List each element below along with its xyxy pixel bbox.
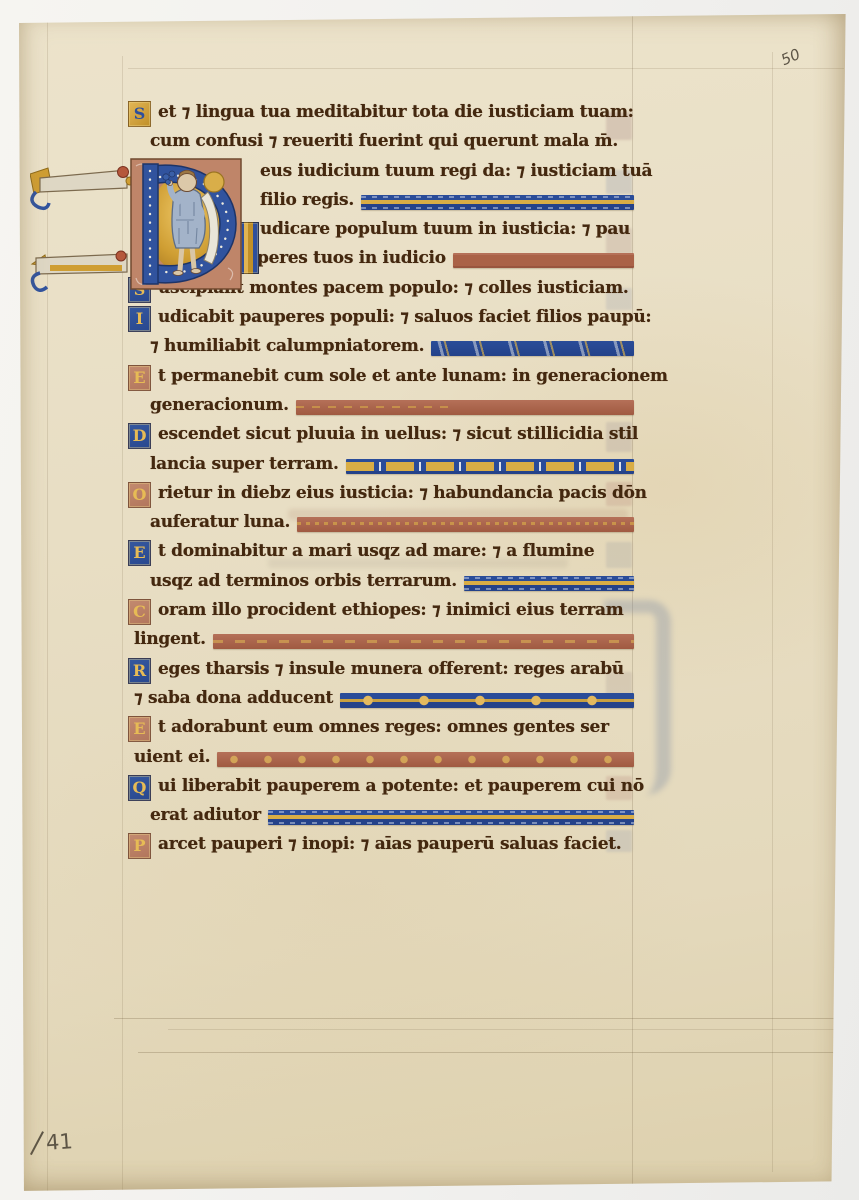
verse-line: usqz ad terminos orbis terrarum. (128, 570, 634, 599)
verse-line: Reges tharsis ⁊ insule munera offerent: … (128, 658, 634, 687)
line-filler-blue-feathers (431, 341, 634, 356)
versal-initial-I: I (128, 306, 151, 332)
versal-initial-O: O (128, 482, 151, 508)
ruling-line-horizontal-top (128, 68, 844, 69)
verse-line: Et adorabunt eum omnes reges: omnes gent… (128, 716, 634, 745)
versal-initial-Q: Q (128, 775, 151, 801)
line-filler-blue-wave (464, 576, 634, 591)
verse-line: Qui liberabit pauperem a potente: et pau… (128, 775, 634, 804)
photograph-backdrop: { "page": { "type": "illuminated psalter… (0, 0, 859, 1200)
verse-line: uient ei. (128, 746, 634, 775)
line-filler-red-dashes (213, 634, 634, 649)
verse-line-text: udicare populum tuum in iusticia: ⁊ pau (260, 218, 630, 241)
line-filler-blue-wave (268, 810, 634, 825)
verse-line: Et dominabitur a mari usqz ad mare: ⁊ a … (128, 540, 634, 569)
verse-line: Descendet sicut pluuia in uellus: ⁊ sicu… (128, 423, 634, 452)
verse-line: Set ⁊ lingua tua meditabitur tota die iu… (128, 101, 634, 130)
pencil-slash (30, 1131, 44, 1155)
versal-initial-D: D (128, 423, 151, 449)
verse-line-text: erat adiutor (150, 804, 261, 827)
verse-line-text: udicabit pauperes populi: ⁊ saluos facie… (158, 306, 651, 329)
verse-line-text: cum confusi ⁊ reueriti fuerint qui queru… (150, 130, 618, 153)
line-filler-blue-bars (346, 459, 634, 474)
line-filler-red-chain (217, 752, 634, 767)
line-filler-blue-diamonds (340, 693, 634, 708)
verse-line: Parcet pauperi ⁊ inopi: ⁊ aīas pauperū s… (128, 833, 634, 862)
verse-line-text: rietur in diebz eius iusticia: ⁊ habunda… (158, 482, 647, 505)
verse-line-text: auferatur luna. (150, 511, 290, 534)
verse-line: Iudicabit pauperes populi: ⁊ saluos faci… (128, 306, 634, 335)
versal-initial-P: P (128, 833, 151, 859)
verse-line: Et permanebit cum sole et ante lunam: in… (128, 365, 634, 394)
verse-line-text: ⁊ saba dona adducent (134, 687, 333, 710)
verse-line: ⁊ saba dona adducent (128, 687, 634, 716)
ruling-line-horizontal-bottom-1 (114, 1018, 844, 1019)
verse-line: ⁊ humiliabit calumpniatorem. (128, 335, 634, 364)
verse-line: generacionum. (128, 394, 634, 423)
versal-initial-S: S (128, 101, 151, 127)
versal-initial-E: E (128, 540, 151, 566)
verse-line-text: lingent. (134, 628, 206, 651)
versal-initial-R: R (128, 658, 151, 684)
line-filler-red-zigzag (297, 517, 634, 532)
verse-line-text: oram illo procident ethiopes: ⁊ inimici … (158, 599, 623, 622)
ruling-line-horizontal-bottom-2 (168, 1029, 844, 1030)
verse-line: Orietur in diebz eius iusticia: ⁊ habund… (128, 482, 634, 511)
verse-line: lingent. (128, 628, 634, 657)
line-filler-red-plain (453, 253, 634, 268)
verse-line-text: filio regis. (260, 189, 354, 212)
folio-number-bottom-left: 41 (45, 1129, 73, 1155)
verse-line-text: usqz ad terminos orbis terrarum. (150, 570, 457, 593)
ruling-line-vertical-right-outer (772, 52, 773, 1172)
verse-line: Coram illo procident ethiopes: ⁊ inimici… (128, 599, 634, 628)
verse-line-text: eus iudicium tuum regi da: ⁊ iusticiam t… (260, 160, 652, 183)
verse-line: erat adiutor (128, 804, 634, 833)
ruling-line-horizontal-bottom-3 (138, 1052, 844, 1053)
verse-line-text: arcet pauperi ⁊ inopi: ⁊ aīas pauperū sa… (158, 833, 621, 856)
line-filler-red-squiggle (296, 400, 634, 415)
verse-line-text: et ⁊ lingua tua meditabitur tota die ius… (158, 101, 634, 124)
versal-initial-E: E (128, 716, 151, 742)
verse-line-text: escendet sicut pluuia in uellus: ⁊ sicut… (158, 423, 638, 446)
folio-number-top-right: 50 (778, 45, 803, 69)
verse-line-text: t adorabunt eum omnes reges: omnes gente… (158, 716, 609, 739)
historiated-initial-D: Historiated initial D in blue with white… (130, 158, 242, 290)
verse-line-text: t permanebit cum sole et ante lunam: in … (158, 365, 668, 388)
verse-line: auferatur luna. (128, 511, 634, 540)
verse-line-text: t dominabitur a mari usqz ad mare: ⁊ a f… (158, 540, 594, 563)
verse-line-text: ⁊ humiliabit calumpniatorem. (150, 335, 424, 358)
verse-line: lancia super terram. (128, 453, 634, 482)
versal-initial-C: C (128, 599, 151, 625)
versal-initial-E: E (128, 365, 151, 391)
verse-line-text: uient ei. (134, 746, 210, 769)
verse-line-text: generacionum. (150, 394, 289, 417)
verse-line-text: ui liberabit pauperem a potente: et paup… (158, 775, 644, 798)
line-filler-blue-wave (361, 195, 634, 210)
verse-line-text: lancia super terram. (150, 453, 339, 476)
verse-line-text: eges tharsis ⁊ insule munera offerent: r… (158, 658, 624, 681)
verse-line-text: peres tuos in iudicio (257, 247, 446, 270)
manuscript-leaf: Set ⁊ lingua tua meditabitur tota die iu… (18, 12, 846, 1192)
